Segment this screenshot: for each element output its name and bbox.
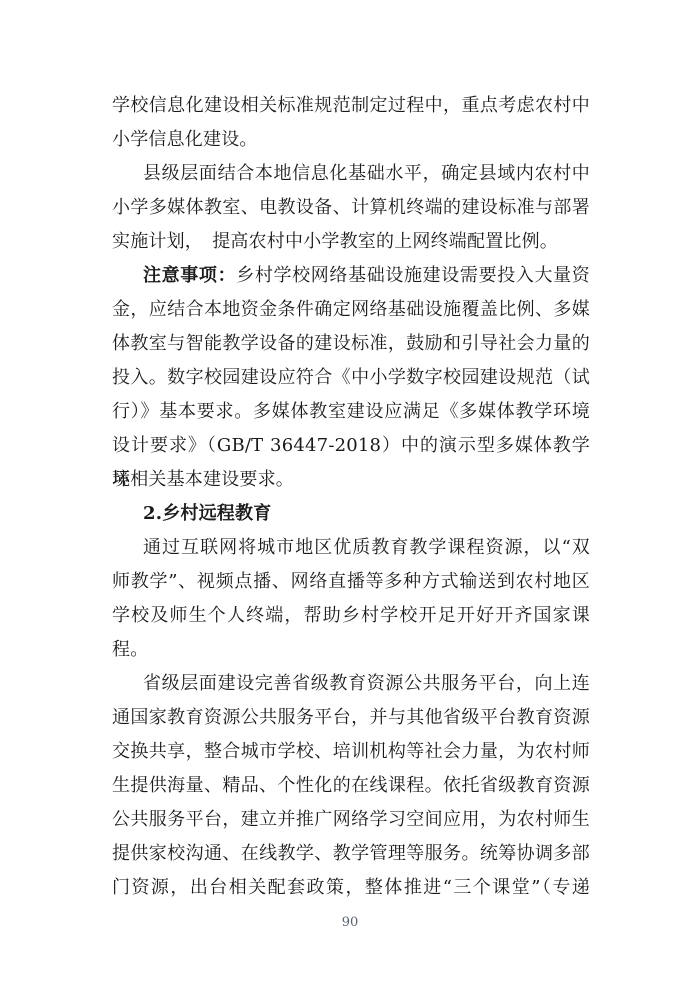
line-text: 县级层面结合本地信息化基础水平，确定县域内农村中: [143, 163, 590, 184]
text-line: 县级层面结合本地信息化基础水平，确定县域内农村中: [112, 157, 590, 191]
text-line: 门资源，出台相关配套政策，整体推进“三个课堂”（专递: [112, 871, 590, 905]
text-line: 行）》基本要求。多媒体教室建设应满足《多媒体教学环境: [112, 395, 590, 429]
text-line: 生提供海量、精品、个性化的在线课程。依托省级教育资源: [112, 769, 590, 803]
line-text: 通国家教育资源公共服务平台，并与其他省级平台教育资源: [112, 707, 590, 728]
line-text: 小学多媒体教室、电教设备、计算机终端的建设标准与部署: [112, 197, 590, 218]
text-line: 金，应结合本地资金条件确定网络基础设施覆盖比例、多媒: [112, 293, 590, 327]
line-text: 体教室与智能教学设备的建设标准，鼓励和引导社会力量的: [112, 333, 590, 354]
text-line: 通过互联网将城市地区优质教育教学课程资源，以“双: [112, 531, 590, 565]
line-text: 乡村学校网络基础设施建设需要投入大量资: [236, 265, 590, 286]
line-text: 公共服务平台，建立并推广网络学习空间应用，为农村师生: [112, 809, 590, 830]
page-number: 90: [0, 910, 700, 936]
line-text: 程。: [112, 639, 148, 660]
line-text: 投入。数字校园建设应符合《中小学数字校园建设规范（试: [112, 367, 590, 388]
line-text: 通过互联网将城市地区优质教育教学课程资源，以“双: [143, 537, 590, 558]
text-line: 师教学”、视频点播、网络直播等多种方式输送到农村地区: [112, 565, 590, 599]
line-text: 交换共享，整合城市学校、培训机构等社会力量，为农村师: [112, 741, 590, 762]
line-text: 省级层面建设完善省级教育资源公共服务平台，向上连: [143, 673, 590, 694]
text-line: 设计要求》（GB/T 36447-2018）中的演示型多媒体教学环: [112, 429, 590, 463]
document-body: 学校信息化建设相关标准规范制定过程中，重点考虑农村中小学信息化建设。县级层面结合…: [112, 89, 590, 905]
bold-label: 注意事项：: [143, 265, 236, 286]
text-line: 程。: [112, 633, 590, 667]
line-text: 门资源，出台相关配套政策，整体推进“三个课堂”（专递: [112, 877, 590, 898]
line-text: 学校及师生个人终端，帮助乡村学校开足开好开齐国家课: [112, 605, 590, 626]
text-line: 学校信息化建设相关标准规范制定过程中，重点考虑农村中: [112, 89, 590, 123]
line-text: 实施计划， 提高农村中小学教室的上网终端配置比例。: [112, 231, 558, 252]
line-text: 小学信息化建设。: [112, 129, 258, 150]
line-text: 提供家校沟通、在线教学、教学管理等服务。统筹协调多部: [112, 843, 590, 864]
text-line: 提供家校沟通、在线教学、教学管理等服务。统筹协调多部: [112, 837, 590, 871]
text-line: 投入。数字校园建设应符合《中小学数字校园建设规范（试: [112, 361, 590, 395]
text-line: 学校及师生个人终端，帮助乡村学校开足开好开齐国家课: [112, 599, 590, 633]
text-line: 注意事项：乡村学校网络基础设施建设需要投入大量资: [112, 259, 590, 293]
text-line: 公共服务平台，建立并推广网络学习空间应用，为农村师生: [112, 803, 590, 837]
text-line: 小学多媒体教室、电教设备、计算机终端的建设标准与部署: [112, 191, 590, 225]
line-text: 金，应结合本地资金条件确定网络基础设施覆盖比例、多媒: [112, 299, 590, 320]
line-text: 行）》基本要求。多媒体教室建设应满足《多媒体教学环境: [112, 401, 590, 422]
text-line: 交换共享，整合城市学校、培训机构等社会力量，为农村师: [112, 735, 590, 769]
line-text: 师教学”、视频点播、网络直播等多种方式输送到农村地区: [112, 571, 590, 592]
text-line: 通国家教育资源公共服务平台，并与其他省级平台教育资源: [112, 701, 590, 735]
document-page: 学校信息化建设相关标准规范制定过程中，重点考虑农村中小学信息化建设。县级层面结合…: [0, 0, 700, 990]
line-text: 生提供海量、精品、个性化的在线课程。依托省级教育资源: [112, 775, 590, 796]
section-heading: 2.乡村远程教育: [112, 497, 590, 531]
text-line: 实施计划， 提高农村中小学教室的上网终端配置比例。: [112, 225, 590, 259]
text-line: 省级层面建设完善省级教育资源公共服务平台，向上连: [112, 667, 590, 701]
line-text: 2.乡村远程教育: [143, 503, 271, 524]
line-text: 学校信息化建设相关标准规范制定过程中，重点考虑农村中: [112, 95, 590, 116]
text-line: 体教室与智能教学设备的建设标准，鼓励和引导社会力量的: [112, 327, 590, 361]
text-line: 小学信息化建设。: [112, 123, 590, 157]
text-line: 境相关基本建设要求。: [112, 463, 590, 497]
line-text: 境相关基本建设要求。: [112, 469, 294, 490]
